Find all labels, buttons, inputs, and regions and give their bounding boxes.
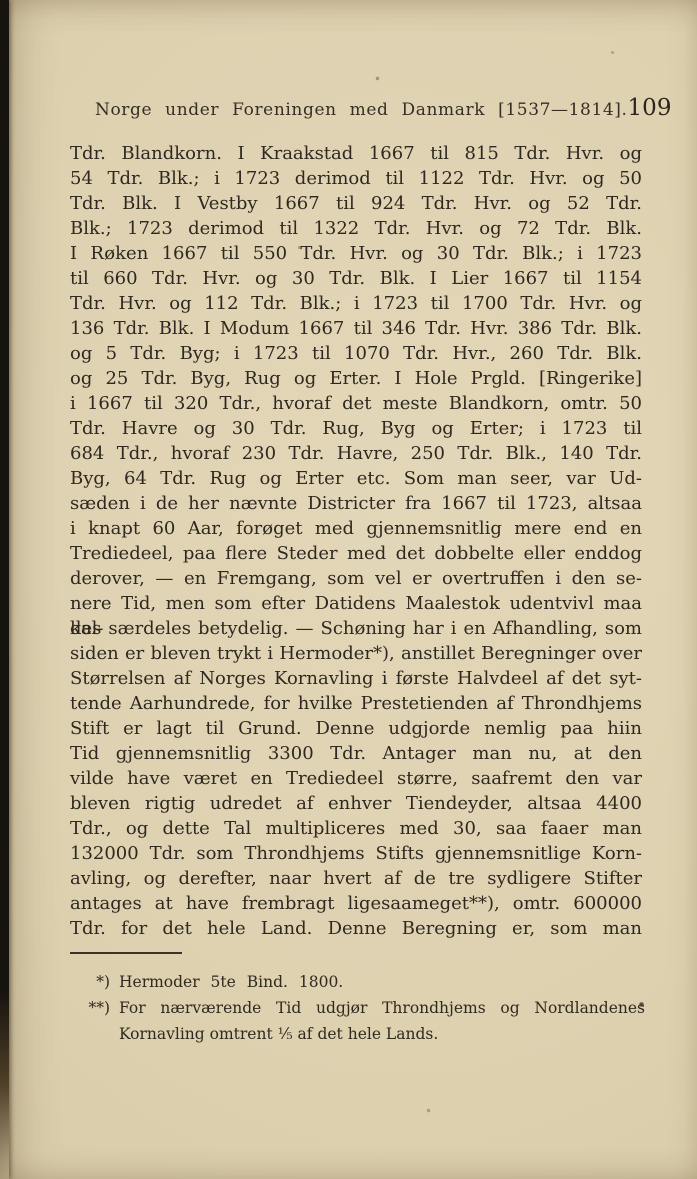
paper-speckles	[0, 0, 1, 1]
body-line: 136 Tdr. Blk. I Modum 1667 til 346 Tdr. …	[70, 316, 642, 341]
footnote-separator	[70, 952, 182, 954]
body-line: nere Tid, men som efter Datidens Maalest…	[70, 591, 642, 616]
body-line: vilde have været en Trediedeel større, s…	[70, 766, 642, 791]
body-line: Trediedeel, paa flere Steder med det dob…	[70, 541, 642, 566]
body-line: Blk.; 1723 derimod til 1322 Tdr. Hvr. og…	[70, 216, 642, 241]
body-line: antages at have frembragt ligesaameget**…	[70, 891, 642, 916]
body-line: Stift er lagt til Grund. Denne udgjorde …	[70, 716, 642, 741]
body-line: Tdr. Blk. I Vestby 1667 til 924 Tdr. Hvr…	[70, 191, 642, 216]
footnote-2: **) For nærværende Tid udgjør Throndhjem…	[70, 995, 645, 1047]
body-line: Tdr., og dette Tal multipliceres med 30,…	[70, 816, 642, 841]
body-line: Tdr. Blandkorn. I Kraakstad 1667 til 815…	[70, 141, 642, 166]
footnotes: *) Hermoder 5te Bind. 1800. **) For nærv…	[70, 969, 645, 1047]
body-line: avling, og derefter, naar hvert af de tr…	[70, 866, 642, 891]
footnote-2-line: For nærværende Tid udgjør Throndhjems og…	[119, 995, 645, 1021]
body-line: 54 Tdr. Blk.; i 1723 derimod til 1122 Td…	[70, 166, 642, 191]
body-line: Tdr. for det hele Land. Denne Beregning …	[70, 916, 642, 941]
body-line: sæden i de her nævnte Districter fra 166…	[70, 491, 642, 516]
body-line: 132000 Tdr. som Throndhjems Stifts gjenn…	[70, 841, 642, 866]
footnote-2-line: Kornavling omtrent ⅕ af det hele Lands.	[119, 1021, 645, 1047]
body-line: bleven rigtig udredet af enhver Tiendeyd…	[70, 791, 642, 816]
header-title: Norge under Foreningen med Danmark [1537…	[70, 98, 628, 122]
body-line: og 25 Tdr. Byg, Rug og Erter. I Hole Prg…	[70, 366, 642, 391]
body-line: Tdr. Havre og 30 Tdr. Rug, Byg og Erter;…	[70, 416, 642, 441]
body-line: Byg, 64 Tdr. Rug og Erter etc. Som man s…	[70, 466, 642, 491]
footnote-2-body: For nærværende Tid udgjør Throndhjems og…	[119, 995, 645, 1047]
body-line: Tid gjennemsnitlig 3300 Tdr. Antager man…	[70, 741, 642, 766]
body-line: i 1667 til 320 Tdr., hvoraf det meste Bl…	[70, 391, 642, 416]
footnote-1: *) Hermoder 5te Bind. 1800.	[70, 969, 645, 995]
body-line: des særdeles betydelig. — Schøning har i…	[70, 616, 642, 641]
body-line: siden er bleven trykt i Hermoder*), anst…	[70, 641, 642, 666]
body-line: derover, — en Fremgang, som vel er overt…	[70, 566, 642, 591]
running-header: Norge under Foreningen med Danmark [1537…	[70, 96, 642, 122]
binding-edge-shadow	[0, 0, 9, 1179]
body-line: 684 Tdr., hvoraf 230 Tdr. Havre, 250 Tdr…	[70, 441, 642, 466]
page-number: 109	[628, 96, 672, 120]
body-text: Tdr. Blandkorn. I Kraakstad 1667 til 815…	[70, 141, 642, 941]
body-line: Størrelsen af Norges Kornavling i første…	[70, 666, 642, 691]
footnote-1-line: Hermoder 5te Bind. 1800.	[119, 973, 343, 991]
footnote-1-body: Hermoder 5te Bind. 1800.	[119, 969, 645, 995]
body-line: tende Aarhundrede, for hvilke Prestetien…	[70, 691, 642, 716]
footnote-1-marker: *)	[70, 969, 119, 995]
body-line: I Røken 1667 til 550 Tdr. Hvr. og 30 Tdr…	[70, 241, 642, 266]
book-page: Norge under Foreningen med Danmark [1537…	[0, 0, 697, 1179]
body-line: Tdr. Hvr. og 112 Tdr. Blk.; i 1723 til 1…	[70, 291, 642, 316]
body-line: og 5 Tdr. Byg; i 1723 til 1070 Tdr. Hvr.…	[70, 341, 642, 366]
body-line: i knapt 60 Aar, forøget med gjennemsnitl…	[70, 516, 642, 541]
footnote-2-marker: **)	[70, 995, 119, 1047]
body-line: til 660 Tdr. Hvr. og 30 Tdr. Blk. I Lier…	[70, 266, 642, 291]
